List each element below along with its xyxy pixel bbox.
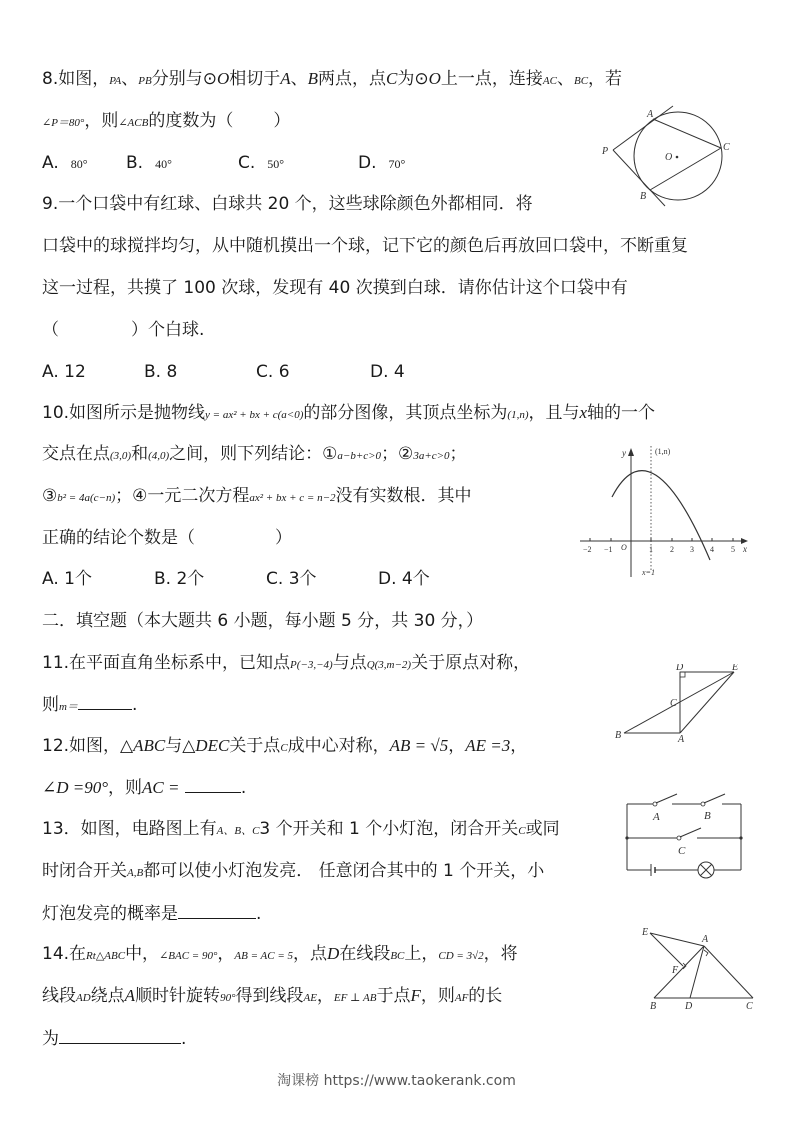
math-ab: AB = √5 (390, 736, 449, 755)
text: ③ (42, 486, 57, 506)
text: 关于点 (229, 736, 280, 756)
q8-option-a[interactable]: A.80° (42, 152, 126, 175)
footer-watermark: 淘课榜 https://www.taokerank.com (0, 1070, 793, 1090)
math-ef-perp-ab: EF ⊥ AB (334, 992, 377, 1004)
option-value: 1个 (64, 569, 92, 589)
text: ，且与 (528, 403, 579, 423)
math-switches: A、B、C (217, 825, 260, 837)
text: 3 个开关和 1 个小灯泡，闭合开关 (259, 819, 518, 839)
text: 、 (557, 69, 574, 89)
q9-option-d[interactable]: D. 4 (370, 361, 405, 383)
math-m: m＝ (59, 701, 78, 713)
q10-option-b[interactable]: B. 2个 (154, 568, 266, 590)
label-o: O (665, 152, 672, 163)
text: ，则 (108, 778, 142, 798)
text: ） (273, 111, 290, 131)
text: ，若 (588, 69, 622, 89)
q11-stem-line2: 则m＝. (42, 693, 137, 718)
text: 于点 (376, 986, 410, 1006)
q9-stem-line1: 9.一个口袋中有红球、白球共 20 个，这些球除颜色外都相同．将 (42, 193, 533, 215)
option-value: 2个 (176, 569, 204, 589)
option-label: A. (42, 569, 59, 589)
q14-rotation-triangle-figure: E A F B D C (636, 922, 761, 1012)
label-d: D (675, 664, 684, 673)
option-value: 70° (389, 157, 406, 171)
text: 14.在 (42, 944, 86, 964)
q10-option-a[interactable]: A. 1个 (42, 568, 154, 590)
q10-option-c[interactable]: C. 3个 (266, 568, 378, 590)
q8-stem-line2: ∠P＝80°，则∠ACB的度数为（） (42, 110, 290, 134)
q13-stem-line1: 13．如图，电路图上有A、B、C3 个开关和 1 个小灯泡，闭合开关C或同 (42, 818, 560, 842)
text: 11.在平面直角坐标系中，已知点 (42, 653, 290, 673)
text: . (181, 1029, 186, 1049)
vertex-label: (1,n) (655, 447, 671, 456)
y-axis-label: y (621, 448, 626, 458)
math-ab-ac: AB = AC = 5 (234, 950, 293, 962)
q8-option-d[interactable]: D.70° (358, 152, 405, 175)
text: ） (275, 528, 292, 548)
option-value: 80° (71, 157, 88, 171)
option-label: D. (370, 362, 389, 382)
label-a: A (701, 934, 709, 945)
origin-label: O (621, 543, 627, 552)
text: 则 (42, 695, 59, 715)
option-value: 8 (166, 362, 177, 382)
option-value: 4个 (402, 569, 430, 589)
text: 线段 (42, 986, 76, 1006)
q11-stem-line1: 11.在平面直角坐标系中，已知点P(−3,−4)与点Q(3,m−2)关于原点对称… (42, 652, 530, 676)
label-a: A (677, 734, 685, 744)
text: 13．如图，电路图上有 (42, 819, 217, 839)
text: ，将 (484, 944, 518, 964)
q10-stem-line1: 10.如图所示是抛物线y = ax² + bx + c(a<0)的部分图像，其顶… (42, 402, 655, 426)
label-f: F (671, 965, 679, 976)
text: ，则 (421, 986, 455, 1006)
text: ；④一元二次方程 (115, 486, 249, 506)
q10-option-d[interactable]: D. 4个 (378, 568, 430, 590)
math-conclusion-2: 3a+c>0 (413, 450, 449, 462)
q14-stem-line1: 14.在Rt△ABC中，∠BAC = 90°，AB = AC = 5，点D在线段… (42, 943, 518, 967)
q8-option-c[interactable]: C.50° (238, 152, 358, 175)
text: 都可以使小灯泡发亮． 任意闭合其中的 1 个开关，小 (143, 861, 544, 881)
math-90-degrees: 90° (220, 992, 235, 1004)
math-conclusion-1: a−b+c>0 (337, 450, 381, 462)
tick-label: 1 (649, 545, 653, 554)
text: 成中心对称， (288, 736, 390, 756)
math-angle-acb: ∠ACB (118, 117, 148, 129)
text: 分别与⊙ (152, 69, 217, 89)
tick-label: 3 (690, 545, 694, 554)
math-f: F (410, 986, 420, 1005)
text: 上， (404, 944, 438, 964)
x-axis-label: x (742, 544, 747, 554)
text: 两点，点 (318, 69, 386, 89)
q14-stem-line2: 线段AD绕点A顺时针旋转90°得到线段AE，EF ⊥ AB于点F，则AF的长 (42, 985, 502, 1009)
option-label: C. (256, 362, 273, 382)
math-ab: A,B (127, 867, 143, 879)
math-angle-bac: ∠BAC = 90° (159, 950, 217, 962)
text: ； (450, 444, 467, 464)
text: 为⊙ (397, 69, 428, 89)
text: 时闭合开关 (42, 861, 127, 881)
tick-label: 4 (710, 545, 714, 554)
text: . (256, 904, 261, 924)
label-e: E (731, 664, 738, 673)
label-b: B (650, 1001, 656, 1012)
math-o: O (217, 69, 229, 88)
text: 8.如图， (42, 69, 109, 89)
answer-blank[interactable] (185, 776, 241, 793)
section-2-title: 二．填空题（本大题共 6 小题，每小题 5 分，共 30 分，） (42, 610, 483, 632)
text: 在线段 (339, 944, 390, 964)
q10-stem-line3: ③b² = 4a(c−n)；④一元二次方程ax² + bx + c = n−2没… (42, 485, 472, 509)
answer-blank[interactable] (78, 693, 132, 710)
q9-options: A. 12B. 8C. 6D. 4 (42, 361, 405, 383)
option-value: 50° (267, 157, 284, 171)
text: 交点在点 (42, 444, 110, 464)
q13-stem-line2: 时闭合开关A,B都可以使小灯泡发亮． 任意闭合其中的 1 个开关，小 (42, 860, 544, 884)
math-x: x (579, 403, 587, 422)
math-point-q: Q(3,m−2) (367, 659, 411, 671)
tick-label: −1 (604, 545, 613, 554)
math-bc: BC (574, 75, 588, 87)
math-ac: AC = (142, 778, 179, 797)
math-vertex: (1,n) (507, 409, 528, 421)
text: 的部分图像，其顶点坐标为 (303, 403, 507, 423)
math-a: A (280, 69, 290, 88)
option-label: B. (126, 153, 143, 173)
label-b: B (640, 191, 646, 202)
math-c: C (280, 742, 287, 754)
math-triangle-dec: △DEC (182, 736, 229, 755)
math-point-p: P(−3,−4) (290, 659, 333, 671)
math-bc: BC (390, 950, 404, 962)
text: 之间，则下列结论：① (169, 444, 337, 464)
text: 灯泡发亮的概率是 (42, 904, 178, 924)
switch-label-a: A (652, 811, 660, 823)
math-cd: CD = 3√2 (438, 950, 483, 962)
math-parabola: y = ax² + bx + c(a<0) (205, 409, 303, 421)
answer-blank[interactable] (178, 902, 256, 919)
q9-stem-line3: 这一过程，共摸了 100 次球，发现有 40 次摸到白球．请你估计这个口袋中有 (42, 277, 628, 299)
text: ）个白球. (131, 320, 204, 340)
math-ae: AE =3 (465, 736, 510, 755)
text: 正确的结论个数是（ (42, 528, 195, 548)
q9-stem-line2: 口袋中的球搅拌均匀，从中随机摸出一个球，记下它的颜色后再放回口袋中，不断重复 (42, 235, 688, 257)
math-c: C (518, 825, 525, 837)
math-d: D (327, 944, 339, 963)
q9-option-c[interactable]: C. 6 (256, 361, 370, 383)
text: 或同 (526, 819, 560, 839)
q13-circuit-diagram: A B C (620, 792, 750, 882)
q14-stem-line3: 为. (42, 1027, 186, 1050)
math-ad: AD (76, 992, 91, 1004)
text: 为 (42, 1029, 59, 1049)
q12-stem-line2: ∠D =90°，则AC = . (42, 776, 246, 799)
label-c: C (670, 698, 677, 709)
math-triangle-abc: △ABC (120, 736, 165, 755)
text: 12.如图， (42, 736, 120, 756)
q8-stem-line1: 8.如图，PA、PB分别与⊙O相切于A、B两点，点C为⊙O上一点，连接AC、BC… (42, 68, 622, 92)
option-value: 6 (279, 362, 290, 382)
math-ac: AC (543, 75, 557, 87)
text: 轴的一个 (587, 403, 655, 423)
text: . (241, 778, 246, 798)
label-d: D (684, 1001, 693, 1012)
q10-parabola-graph: −2 −1 O 1 2 3 4 5 x y (1,n) x=1 (578, 442, 753, 582)
symmetry-axis-label: x=1 (641, 568, 655, 577)
switch-label-b: B (704, 810, 711, 822)
text: 和 (131, 444, 148, 464)
text: 关于原点对称， (411, 653, 530, 673)
q10-options: A. 1个B. 2个C. 3个D. 4个 (42, 568, 430, 590)
label-p: P (601, 146, 608, 157)
math-ae: AE (303, 992, 316, 1004)
option-value: 3个 (289, 569, 317, 589)
text: ；② (381, 444, 413, 464)
option-label: D. (378, 569, 397, 589)
q8-options: A.80°B.40°C.50°D.70° (42, 152, 405, 175)
label-e: E (641, 927, 648, 938)
text: （ (42, 320, 59, 340)
option-label: A. (42, 153, 59, 173)
label-b: B (615, 730, 621, 741)
math-rt-triangle: Rt△ABC (86, 950, 125, 962)
text: 没有实数根．其中 (336, 486, 472, 506)
option-label: B. (144, 362, 161, 382)
label-c: C (723, 142, 730, 153)
q10-stem-line4: 正确的结论个数是（） (42, 527, 292, 549)
text: 与 (165, 736, 182, 756)
q9-stem-line4: （）个白球. (42, 319, 204, 341)
q10-stem-line2: 交点在点(3,0)和(4,0)之间，则下列结论：①a−b+c>0；②3a+c>0… (42, 443, 467, 467)
math-conclusion-3: b² = 4a(c−n) (57, 492, 115, 504)
text: 上一点，连接 (441, 69, 543, 89)
text: 顺时针旋转 (135, 986, 220, 1006)
label-c: C (746, 1001, 753, 1012)
text: 、 (121, 69, 138, 89)
math-c: C (386, 69, 397, 88)
math-angle-p: ∠P＝80° (42, 117, 84, 129)
text: 得到线段 (235, 986, 303, 1006)
option-value: 40° (155, 157, 172, 171)
math-a: A (125, 986, 135, 1005)
q8-circle-tangent-figure: A P C O B (595, 102, 745, 212)
label-a: A (646, 109, 654, 120)
text: ， (317, 986, 334, 1006)
math-af: AF (455, 992, 468, 1004)
q8-option-b[interactable]: B.40° (126, 152, 238, 175)
tick-label: −2 (583, 545, 592, 554)
option-label: D. (358, 153, 377, 173)
text: . (132, 695, 137, 715)
text: ， (510, 736, 527, 756)
q9-option-b[interactable]: B. 8 (144, 361, 256, 383)
math-pb: PB (138, 75, 151, 87)
math-angle-d: ∠D =90° (42, 778, 108, 797)
option-value: 12 (64, 362, 86, 382)
text: ， (448, 736, 465, 756)
text: 10.如图所示是抛物线 (42, 403, 205, 423)
text: 与点 (333, 653, 367, 673)
text: ， (217, 944, 234, 964)
text: ，点 (293, 944, 327, 964)
text: 的度数为（ (148, 111, 233, 131)
option-label: C. (238, 153, 255, 173)
math-equation: ax² + bx + c = n−2 (249, 492, 335, 504)
text: ，则 (84, 111, 118, 131)
math-pa: PA (109, 75, 121, 87)
option-label: C. (266, 569, 283, 589)
answer-blank[interactable] (59, 1027, 181, 1044)
math-b: B (308, 69, 318, 88)
option-value: 4 (394, 362, 405, 382)
switch-label-c: C (678, 845, 686, 857)
tick-label: 2 (670, 545, 674, 554)
text: 的长 (468, 986, 502, 1006)
math-o: O (429, 69, 441, 88)
option-label: B. (154, 569, 171, 589)
text: 、 (291, 69, 308, 89)
q12-stem-line1: 12.如图，△ABC与△DEC关于点C成中心对称，AB = √5，AE =3， (42, 735, 527, 759)
text: 绕点 (91, 986, 125, 1006)
text: 中， (125, 944, 159, 964)
option-label: A. (42, 362, 59, 382)
q11-12-triangle-figure: D E C B A (612, 664, 752, 744)
tick-label: 5 (731, 545, 735, 554)
math-point: (4,0) (148, 450, 169, 462)
q9-option-a[interactable]: A. 12 (42, 361, 144, 383)
text: 相切于 (229, 69, 280, 89)
q13-stem-line3: 灯泡发亮的概率是. (42, 902, 261, 925)
math-point: (3,0) (110, 450, 131, 462)
